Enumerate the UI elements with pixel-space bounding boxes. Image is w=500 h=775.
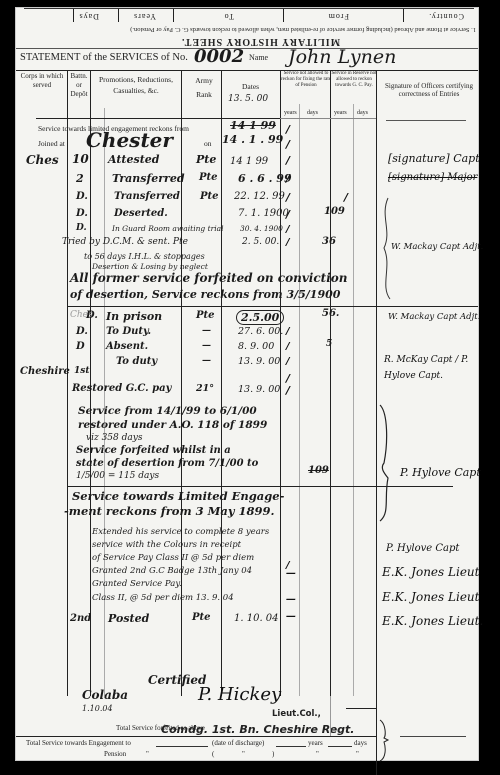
forfeit-note: of desertion, Service reckons from 3/5/1… <box>70 288 340 301</box>
header-corps: Corps in which served <box>18 72 66 90</box>
soldier-name: John Lynen <box>288 46 396 68</box>
entry-date: 8. 9. 00 <box>238 341 274 352</box>
days-label: days <box>354 739 367 747</box>
certified-place: Colaba <box>82 688 128 702</box>
forfeited-note: state of desertion from 7/1/00 to <box>76 458 258 469</box>
entry-tick: / <box>286 237 290 248</box>
entry-event: To duty <box>116 356 157 367</box>
entry-rank: Pte <box>200 191 219 202</box>
brace-icon <box>378 718 390 763</box>
restored-note: restored under A.O. 118 of 1899 <box>78 419 267 431</box>
trial-note: Desertion & Losing by neglect <box>92 262 208 271</box>
entry-battn: 2 <box>76 172 84 185</box>
entry-date: 27. 6. 00. <box>238 326 283 337</box>
entry-battn: D. <box>86 310 98 321</box>
extension-note: Extended his service to complete 8 years <box>92 527 269 537</box>
posted-signature: E.K. Jones Lieut. <box>382 614 483 628</box>
entry-tick: / <box>286 384 290 397</box>
statement-label: STATEMENT of the SERVICES of No. <box>20 52 188 63</box>
header-days-1: days <box>307 110 318 116</box>
tick-mark: — <box>286 594 296 605</box>
entry-date: 14 1 99 <box>230 156 268 167</box>
col-divider-corps <box>67 70 68 696</box>
paren-close: ) <box>272 750 274 758</box>
entry-days: 56. <box>322 308 339 319</box>
entry-rank: Pte <box>196 310 215 321</box>
military-history-sheet: Country. From To Years Days 1. Service a… <box>16 8 478 760</box>
entry-date: 2.5.00 <box>236 310 284 325</box>
entry-event: Tried by D.C.M. & sent. Pte <box>62 237 188 247</box>
entry-corps: Ches <box>26 153 59 167</box>
entry-tick: / <box>286 191 290 204</box>
entry-tick: / <box>344 191 348 204</box>
col-country: Country. <box>428 12 464 21</box>
commanding-officer-signature: P. Hickey <box>198 684 281 705</box>
entry-battn: D. <box>76 208 88 219</box>
tick-mark: / <box>286 123 290 136</box>
name-label: Name <box>249 53 268 62</box>
header-promotions: Promotions, Reductions, Casualties, &c. <box>92 74 180 96</box>
col-from: From <box>328 12 349 21</box>
trial-note: to 56 days I.H.L. & stoppages <box>84 252 205 261</box>
posted-rank: Pte <box>192 612 211 623</box>
entry-event: In prison <box>106 310 162 323</box>
entry-battn: D. <box>76 223 87 233</box>
entry-battn: D <box>76 341 85 352</box>
years-label: years <box>308 739 323 747</box>
entry-event: Transferred <box>114 191 180 202</box>
entry-days: 5 <box>326 339 332 349</box>
entry-battn: D. <box>76 326 88 337</box>
tick-mark: — <box>286 568 296 579</box>
restored-note: viz 358 days <box>86 433 142 443</box>
entry-event: In Guard Room awaiting trial <box>112 224 223 233</box>
entry-battn: D. <box>76 191 88 202</box>
header-rank: Army Rank <box>192 74 216 102</box>
entry-tick: / <box>286 154 290 167</box>
entry-date: 13. 9. 00 <box>238 384 280 395</box>
entry-date: 7. 1. 1900 <box>238 208 289 219</box>
entry-corps: Cheshire <box>20 366 70 377</box>
extension-note: Granted 2nd G.C Badge 13th Jany 04 <box>92 566 252 576</box>
ditto-mark: " <box>316 750 319 758</box>
officer-rank: Lieut.Col., <box>272 709 321 719</box>
extension-note: Class II, @ 5d per diem 13. 9. 04 <box>92 593 234 603</box>
extension-signature: P. Hylove Capt <box>386 543 459 554</box>
entry-rank: 21° <box>196 383 214 394</box>
brace-icon <box>378 403 398 523</box>
entry-signature: W. Mackay Capt Adjt. <box>391 242 483 252</box>
extension-signature: E.K. Jones Lieut <box>382 590 479 604</box>
extension-note: Granted Service Pay. <box>92 579 182 589</box>
posted-battn: 2nd <box>70 613 91 624</box>
entry-date: 13. 9. 00 <box>238 356 280 367</box>
posted-date: 1. 10. 04 <box>234 613 279 624</box>
years-blank <box>276 746 306 747</box>
entry-tick: / <box>286 172 290 185</box>
entry-event: Transferred <box>112 172 185 185</box>
joined-at-place: Chester <box>86 128 173 152</box>
entry-date: 2. 5. 00. <box>242 237 279 247</box>
entry-battn: 1st <box>74 366 90 376</box>
extension-note: of Service Pay Class II @ 5d per diem <box>92 553 254 563</box>
entry-rank: — <box>202 341 211 351</box>
joined-at-label: Joined at <box>38 139 65 148</box>
entry-event: Restored G.C. pay <box>72 383 171 394</box>
unit-stamp: Comdg. 1st. Bn. Cheshire Regt. <box>161 723 354 736</box>
forfeited-note: 1/5/00 = 115 days <box>76 471 159 481</box>
entry-event: Attested <box>108 153 159 166</box>
entry-tick: / <box>286 224 290 235</box>
joined-on-date: 14 . 1 . 99 <box>222 133 283 146</box>
forfeit-note: All former service forfeited on convicti… <box>70 271 348 285</box>
top-strip-columns: Country. From To Years Days <box>24 8 474 22</box>
header-days-2: days <box>357 110 368 116</box>
paren-open: ( <box>212 750 214 758</box>
total-service-label: Total Service towards Engagement to <box>26 739 131 747</box>
entry-signature: R. McKay Capt / P. Hylove Capt. <box>384 352 476 384</box>
tick-mark: / <box>286 138 290 151</box>
joined-on-label: on <box>204 139 212 148</box>
days-blank <box>328 746 352 747</box>
extension-note: service with the Colours in receipt <box>92 540 241 550</box>
col-years: Years <box>133 12 156 21</box>
header-battn: Battn. or Depôt <box>68 72 90 99</box>
restored-note: Service from 14/1/99 to 6/1/00 <box>78 405 257 417</box>
pension-label: Pension <box>104 750 126 758</box>
entry-date: 30. 4. 1900 <box>240 224 283 233</box>
entry-date: 6 . 6 . 99 <box>238 172 292 185</box>
forfeited-days: 109 <box>308 465 329 476</box>
service-number: 0002 <box>194 46 244 67</box>
entry-date: 22. 12. 99 <box>234 191 285 202</box>
entry-tick: / <box>286 356 290 367</box>
entry-event: Absent. <box>106 341 148 352</box>
entry-signature: [signature] Capt <box>388 152 480 165</box>
posted-event: Posted <box>108 612 149 625</box>
entry-rank: Pte <box>199 172 218 183</box>
forfeited-signature: P. Hylove Capt <box>400 466 481 479</box>
top-strip-note: 1. Service at Home and Abroad (including… <box>36 26 476 33</box>
ditto-mark: " <box>356 750 359 758</box>
entry-tick: / <box>286 341 290 352</box>
entry-battn: 10 <box>72 152 89 166</box>
entry-rank: — <box>202 326 211 336</box>
extension-signature: E.K. Jones Lieut <box>382 565 479 579</box>
header-service-reserve: Service in Reserve not allowed to reckon… <box>331 71 377 89</box>
ditto-mark: " <box>146 750 149 758</box>
discharge-date-blank <box>156 746 208 747</box>
dates-header-overwrite: 13. 5. 00 <box>228 94 268 104</box>
entry-event: Deserted. <box>114 208 168 219</box>
limited-engagement-note: Service towards Limited Engage- <box>72 489 284 503</box>
service-reckons-date: 14 1 99 <box>230 119 276 132</box>
header-years-2: years <box>334 110 347 116</box>
header-years-1: years <box>284 110 297 116</box>
entry-event: To Duty. <box>106 326 151 337</box>
brace-icon <box>378 196 398 301</box>
certified-date: 1.10.04 <box>82 704 113 713</box>
date-of-discharge-label: (date of discharge) <box>212 739 264 747</box>
entry-signature: [signature] Major <box>388 172 477 183</box>
entry-days: 36 <box>322 236 336 247</box>
ditto-mark: " <box>242 750 245 758</box>
header-signature: Signature of Officers certifying correct… <box>384 82 474 98</box>
header-service-pension: Service not allowed to reckon for fixing… <box>281 71 331 89</box>
limited-engagement-note: -ment reckons from 3 May 1899. <box>64 504 275 518</box>
entry-tick: / <box>286 208 290 221</box>
entry-tick: / <box>286 326 290 337</box>
col-to: To <box>224 12 234 21</box>
entry-rank: Pte <box>196 153 216 166</box>
entry-days: 109 <box>324 206 345 217</box>
entry-rank: — <box>202 356 211 366</box>
forfeited-note: Service forfeited whilst in a <box>76 445 231 456</box>
entry-signature: W. Mackay Capt Adjt. <box>388 312 480 322</box>
col-days: Days <box>79 12 99 21</box>
tick-mark: — <box>286 611 296 622</box>
header-dates: Dates <box>242 82 259 91</box>
